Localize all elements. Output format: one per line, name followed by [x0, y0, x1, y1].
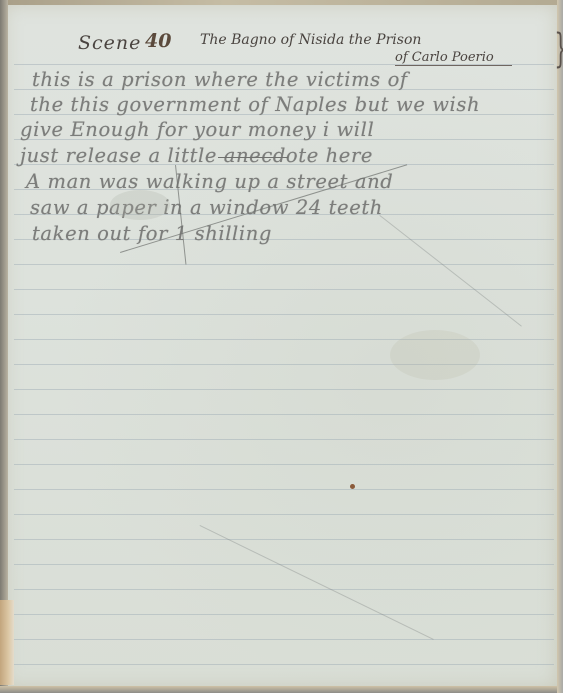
body-line: this is a prison where the victims of	[32, 68, 552, 91]
strikethrough-mark	[218, 157, 288, 158]
body-line: the this government of Naples but we wis…	[30, 93, 550, 116]
paper-smudge	[390, 330, 480, 380]
scene-header: Scene 40 The Bagno of Nisida the Prison …	[60, 28, 560, 68]
body-line: give Enough for your money i will	[20, 118, 540, 141]
ink-spot	[350, 484, 355, 489]
scene-subtitle: of Carlo Poerio	[395, 50, 512, 66]
page-top-edge	[0, 0, 563, 5]
paper-smudge	[110, 190, 170, 220]
scene-label: Scene	[78, 32, 141, 54]
page-right-edge	[557, 0, 563, 693]
page-binding-edge	[0, 0, 8, 693]
torn-paper-edge	[0, 600, 14, 685]
body-line: just release a little anecdote here	[20, 144, 540, 167]
scene-title: The Bagno of Nisida the Prison	[200, 32, 421, 48]
body-line: A man was walking up a street and	[26, 170, 546, 193]
scene-number: 40	[145, 30, 171, 52]
page-bottom-edge	[0, 686, 563, 693]
brace-mark: }	[554, 26, 563, 72]
body-line: taken out for 1 shilling	[32, 222, 552, 245]
